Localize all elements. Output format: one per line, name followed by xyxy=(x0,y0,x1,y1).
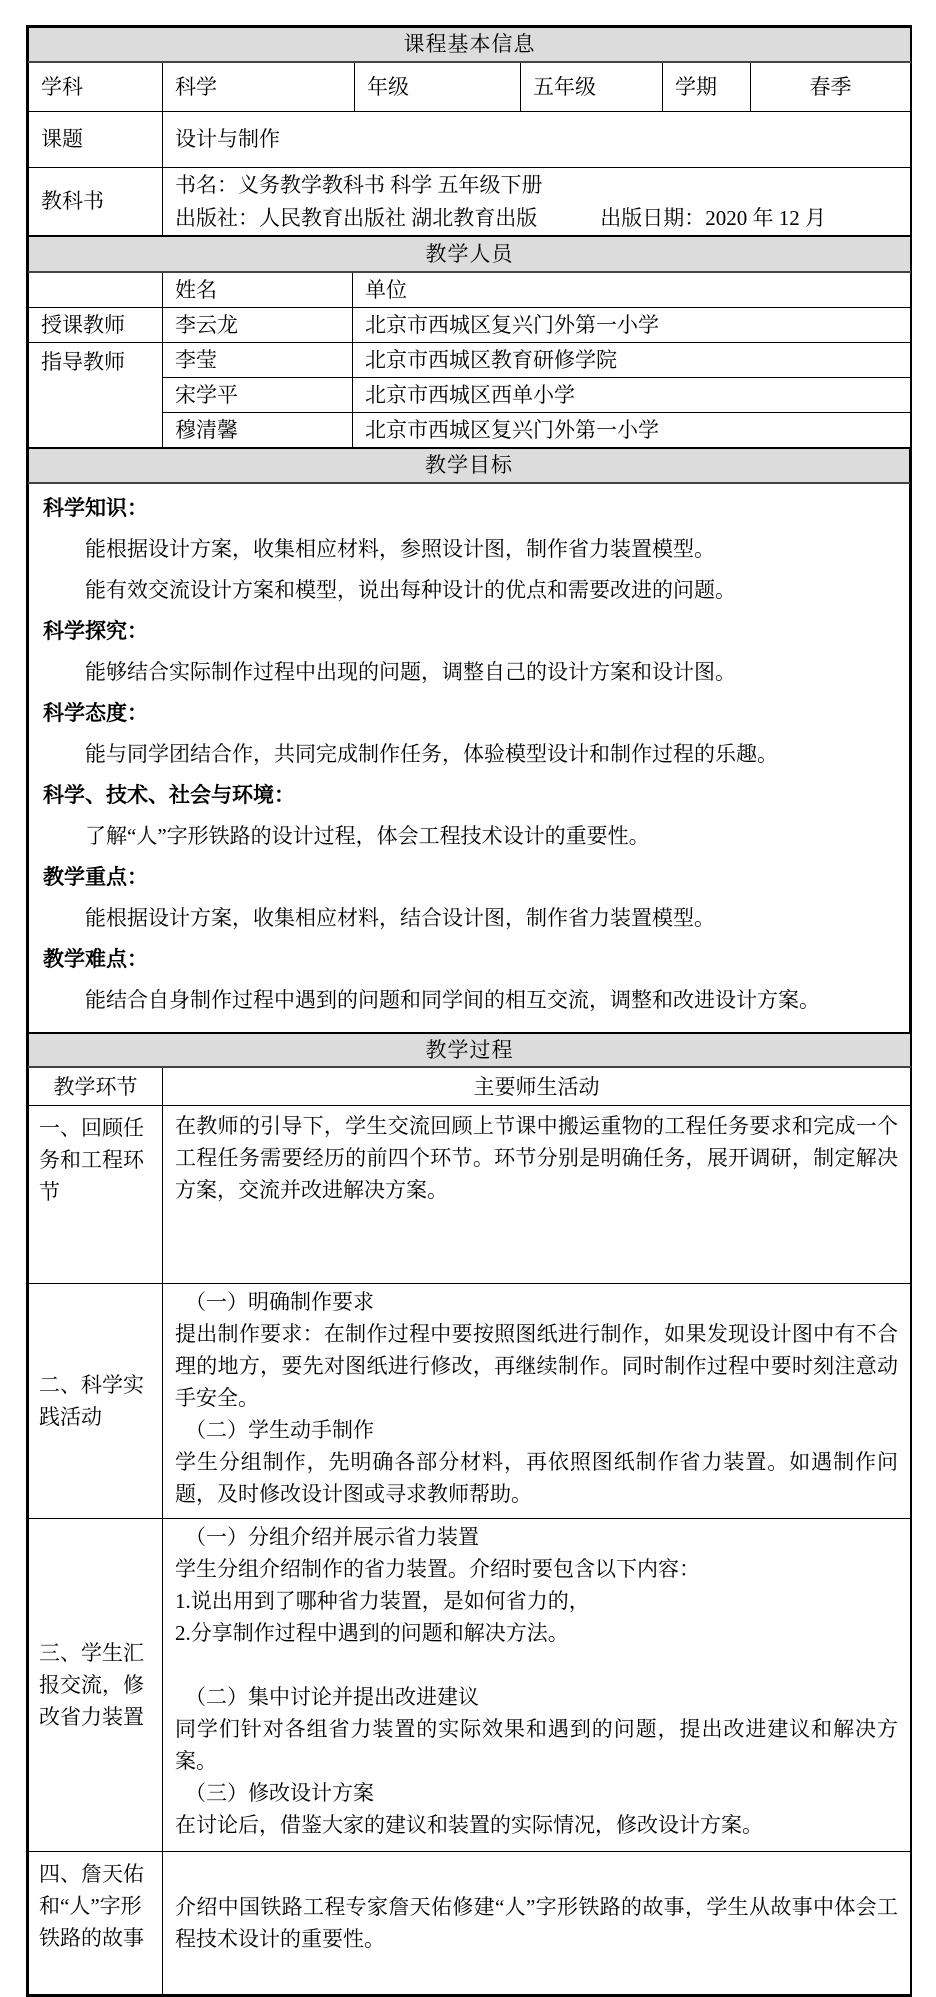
staff-role-empty-cell xyxy=(29,272,163,308)
textbook-publisher-line: 出版社：人民教育出版社 湖北教育出版 出版日期：2020 年 12 月 xyxy=(175,202,898,235)
objective-item: 能根据设计方案，收集相应材料，结合设计图，制作省力装置模型。 xyxy=(43,898,895,939)
textbook-label: 教科书 xyxy=(29,168,163,236)
process-activity: （一）明确制作要求 提出制作要求：在制作过程中要按照图纸进行制作，如果发现设计图… xyxy=(163,1284,911,1519)
subject-label: 学科 xyxy=(29,62,163,112)
staff-role: 指导教师 xyxy=(29,343,163,448)
textbook-info: 书名：义务教学教科书 科学 五年级下册 出版社：人民教育出版社 湖北教育出版 出… xyxy=(163,168,911,236)
activity-paragraph: 同学们针对各组省力装置的实际效果和遇到的问题，提出改进建议和解决方案。 xyxy=(175,1713,898,1777)
staff-unit: 北京市西城区复兴门外第一小学 xyxy=(353,308,911,343)
process-col-activity: 主要师生活动 xyxy=(163,1067,911,1106)
staff-row-advisor-1: 指导教师 李莹 北京市西城区教育研修学院 xyxy=(29,343,911,378)
process-stage: 一、回顾任务和工程环节 xyxy=(29,1106,163,1284)
activity-paragraph: 2.分享制作过程中遇到的问题和解决方法。 xyxy=(175,1617,898,1649)
teaching-staff-table: 教学人员 姓名 单位 授课教师 李云龙 北京市西城区复兴门外第一小学 指导教师 … xyxy=(28,236,911,448)
objective-item: 能根据设计方案，收集相应材料，参照设计图，制作省力装置模型。 xyxy=(43,529,895,570)
process-activity: （一）分组介绍并展示省力装置 学生分组介绍制作的省力装置。介绍时要包含以下内容：… xyxy=(163,1519,911,1852)
process-row-3: 三、学生汇报交流，修改省力装置 （一）分组介绍并展示省力装置 学生分组介绍制作的… xyxy=(29,1519,911,1852)
topic-value: 设计与制作 xyxy=(163,112,911,168)
section-header-objectives: 教学目标 xyxy=(29,449,910,484)
staff-row-lecturer: 授课教师 李云龙 北京市西城区复兴门外第一小学 xyxy=(29,308,911,343)
objective-heading: 科学、技术、社会与环境： xyxy=(43,775,895,816)
objective-heading: 科学态度： xyxy=(43,693,895,734)
staff-unit: 北京市西城区教育研修学院 xyxy=(353,343,911,378)
process-row-1: 一、回顾任务和工程环节 在教师的引导下，学生交流回顾上节课中搬运重物的工程任务要… xyxy=(29,1106,911,1284)
objective-heading: 科学探究： xyxy=(43,611,895,652)
section-header-course-info: 课程基本信息 xyxy=(29,28,911,63)
process-stage: 三、学生汇报交流，修改省力装置 xyxy=(29,1519,163,1852)
activity-paragraph: 在讨论后，借鉴大家的建议和装置的实际情况，修改设计方案。 xyxy=(175,1809,898,1841)
staff-name: 穆清馨 xyxy=(163,413,353,448)
semester-label: 学期 xyxy=(663,62,751,112)
objective-item: 能与同学团结合作，共同完成制作任务，体验模型设计和制作过程的乐趣。 xyxy=(43,734,895,775)
objective-item: 了解“人”字形铁路的设计过程，体会工程技术设计的重要性。 xyxy=(43,816,895,857)
semester-value: 春季 xyxy=(751,62,911,112)
activity-paragraph: 1.说出用到了哪种省力装置，是如何省力的， xyxy=(175,1585,898,1617)
objective-item: 能有效交流设计方案和模型，说出每种设计的优点和需要改进的问题。 xyxy=(43,570,895,611)
activity-paragraph: 介绍中国铁路工程专家詹天佑修建“人”字形铁路的故事，学生从故事中体会工程技术设计… xyxy=(175,1891,898,1955)
process-row-2: 二、科学实践活动 （一）明确制作要求 提出制作要求：在制作过程中要按照图纸进行制… xyxy=(29,1284,911,1519)
course-info-table: 课程基本信息 学科 科学 年级 五年级 学期 春季 课题 设计与制作 教科书 书… xyxy=(28,27,911,236)
activity-subheading: （三）修改设计方案 xyxy=(175,1777,898,1809)
staff-name: 李云龙 xyxy=(163,308,353,343)
activity-paragraph: 在教师的引导下，学生交流回顾上节课中搬运重物的工程任务要求和完成一个工程任务需要… xyxy=(175,1110,898,1206)
staff-unit: 北京市西城区复兴门外第一小学 xyxy=(353,413,911,448)
staff-role: 授课教师 xyxy=(29,308,163,343)
process-column-header-row: 教学环节 主要师生活动 xyxy=(29,1067,911,1106)
objective-heading: 科学知识： xyxy=(43,488,895,529)
lesson-plan-document: 课程基本信息 学科 科学 年级 五年级 学期 春季 课题 设计与制作 教科书 书… xyxy=(26,25,912,1997)
staff-unit: 北京市西城区西单小学 xyxy=(353,378,911,413)
staff-col-name: 姓名 xyxy=(163,272,353,308)
staff-name: 李莹 xyxy=(163,343,353,378)
objective-heading: 教学难点： xyxy=(43,939,895,980)
objectives-content: 科学知识： 能根据设计方案，收集相应材料，参照设计图，制作省力装置模型。 能有效… xyxy=(29,483,910,1033)
activity-subheading: （一）明确制作要求 xyxy=(175,1286,898,1318)
topic-label: 课题 xyxy=(29,112,163,168)
activity-paragraph: 提出制作要求：在制作过程中要按照图纸进行制作，如果发现设计图中有不合理的地方，要… xyxy=(175,1318,898,1414)
activity-subheading: （一）分组介绍并展示省力装置 xyxy=(175,1521,898,1553)
process-row-4: 四、詹天佑和“人”字形铁路的故事 介绍中国铁路工程专家詹天佑修建“人”字形铁路的… xyxy=(29,1852,911,1995)
grade-label: 年级 xyxy=(355,62,521,112)
section-header-staff: 教学人员 xyxy=(29,237,911,273)
staff-header-row: 姓名 单位 xyxy=(29,272,911,308)
process-activity: 在教师的引导下，学生交流回顾上节课中搬运重物的工程任务要求和完成一个工程任务需要… xyxy=(163,1106,911,1284)
textbook-title-line: 书名：义务教学教科书 科学 五年级下册 xyxy=(175,169,898,202)
process-col-stage: 教学环节 xyxy=(29,1067,163,1106)
blank-line xyxy=(175,1649,898,1681)
activity-subheading: （二）学生动手制作 xyxy=(175,1414,898,1446)
process-stage: 二、科学实践活动 xyxy=(29,1284,163,1519)
objectives-table: 教学目标 科学知识： 能根据设计方案，收集相应材料，参照设计图，制作省力装置模型… xyxy=(28,448,910,1033)
objective-item: 能够结合实际制作过程中出现的问题，调整自己的设计方案和设计图。 xyxy=(43,652,895,693)
activity-paragraph: 学生分组介绍制作的省力装置。介绍时要包含以下内容： xyxy=(175,1553,898,1585)
activity-subheading: （二）集中讨论并提出改进建议 xyxy=(175,1681,898,1713)
process-activity: 介绍中国铁路工程专家詹天佑修建“人”字形铁路的故事，学生从故事中体会工程技术设计… xyxy=(163,1852,911,1995)
subject-value: 科学 xyxy=(163,62,355,112)
staff-name: 宋学平 xyxy=(163,378,353,413)
activity-paragraph: 学生分组制作，先明确各部分材料，再依照图纸制作省力装置。如遇制作问题，及时修改设… xyxy=(175,1446,898,1510)
process-stage: 四、詹天佑和“人”字形铁路的故事 xyxy=(29,1852,163,1995)
process-table: 教学过程 教学环节 主要师生活动 一、回顾任务和工程环节 在教师的引导下，学生交… xyxy=(28,1033,911,1995)
objective-item: 能结合自身制作过程中遇到的问题和同学间的相互交流，调整和改进设计方案。 xyxy=(43,980,895,1021)
objective-heading: 教学重点： xyxy=(43,857,895,898)
staff-col-unit: 单位 xyxy=(353,272,911,308)
section-header-process: 教学过程 xyxy=(29,1034,911,1068)
grade-value: 五年级 xyxy=(521,62,663,112)
